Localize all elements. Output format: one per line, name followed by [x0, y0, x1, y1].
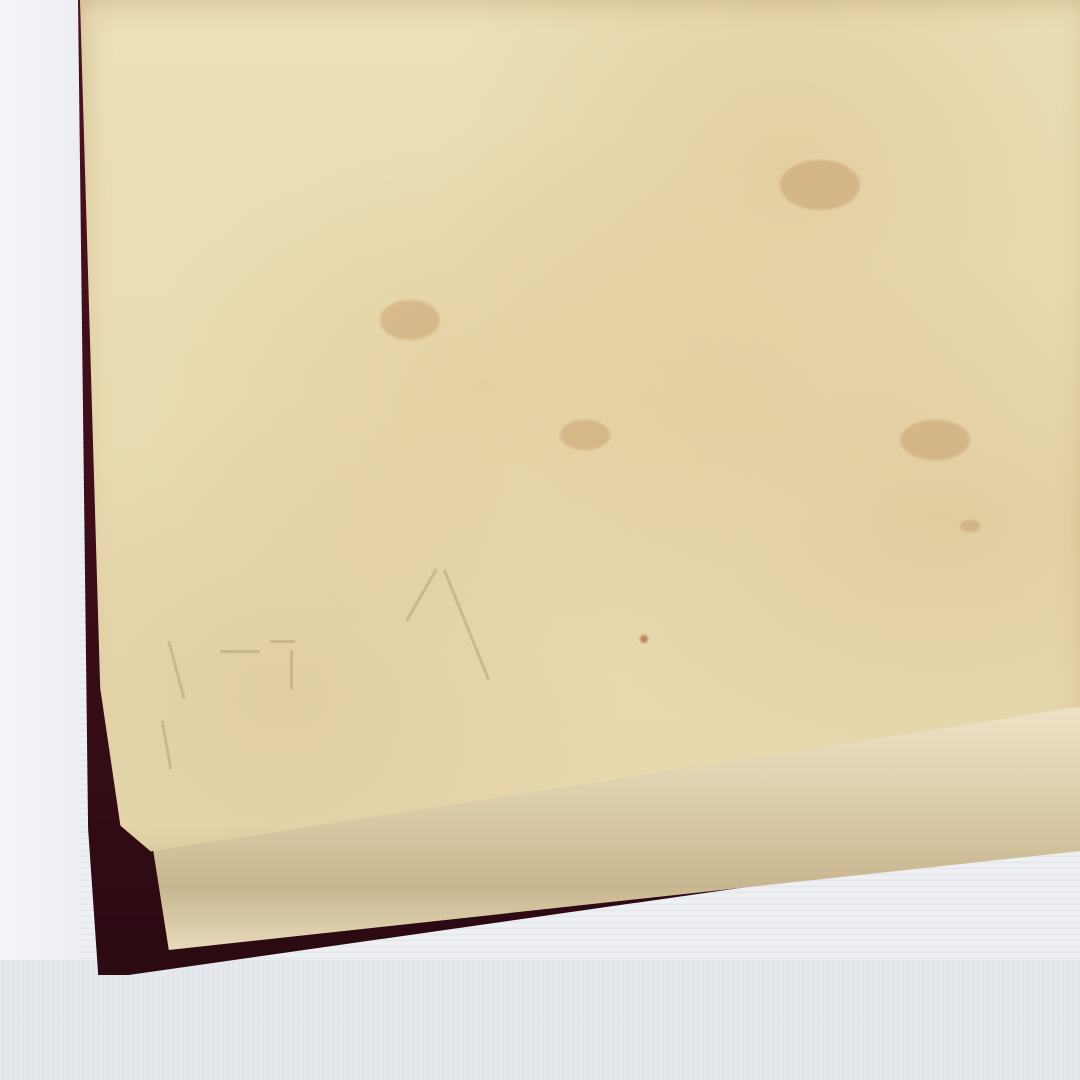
background-surface-bottom — [0, 960, 1080, 1080]
photo-scene — [0, 0, 1080, 1080]
indented-mark — [443, 569, 491, 681]
indented-mark — [161, 720, 173, 770]
foxing-spot — [560, 420, 610, 450]
indented-mark — [290, 650, 293, 690]
indented-mark — [167, 641, 185, 700]
foxing-spot — [380, 300, 440, 340]
indented-mark — [270, 640, 295, 643]
foxing-spot — [640, 635, 648, 643]
indented-mark — [220, 650, 260, 653]
indented-mark — [405, 568, 438, 621]
foxing-spot — [960, 520, 980, 532]
foxing-spot — [900, 420, 970, 460]
foxing-spot — [780, 160, 860, 210]
background-surface-left — [0, 0, 80, 1080]
